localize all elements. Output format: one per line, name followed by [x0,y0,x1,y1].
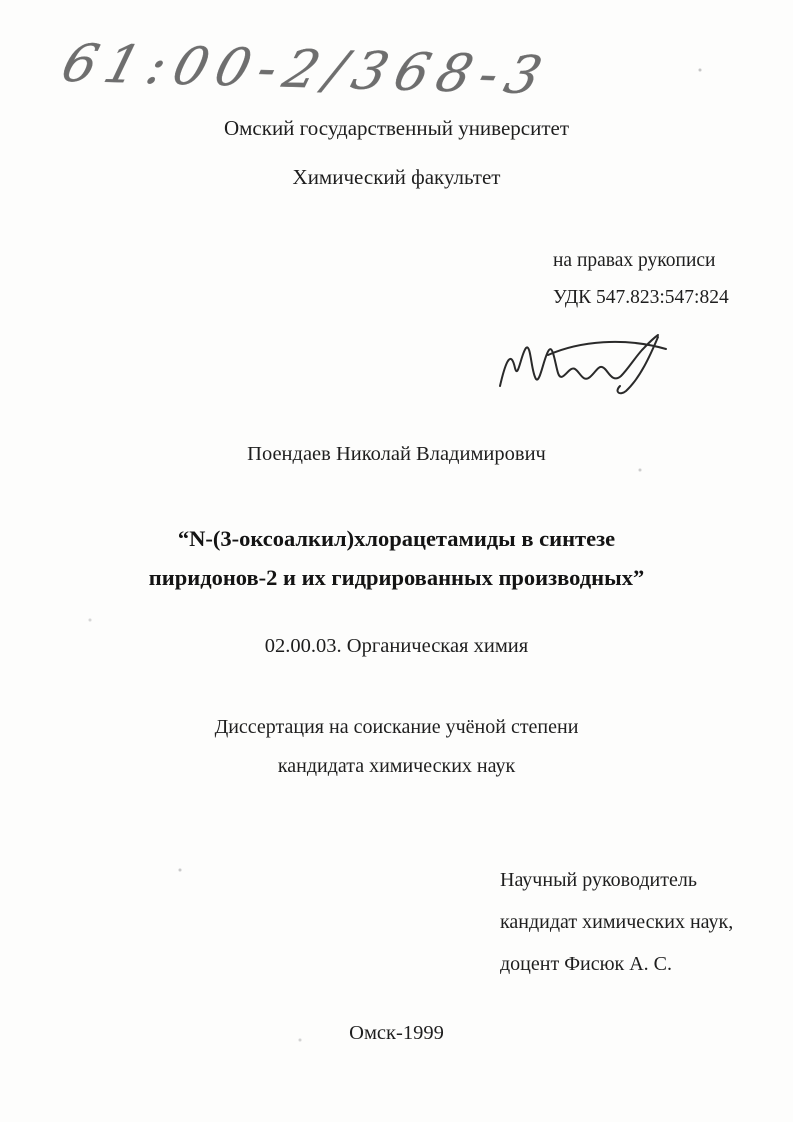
author-name: Поендаев Николай Владимирович [0,442,793,467]
supervisor-degree: кандидат химических наук, [500,910,733,934]
udc-code: УДК 547.823:547:824 [553,286,729,309]
manuscript-rights-note: на правах рукописи [553,249,729,272]
city-year: Омск-1999 [0,1021,793,1046]
specialty-code: 02.00.03. Органическая химия [0,634,793,659]
university-name: Омский государственный университет [0,116,793,141]
supervisor-block: Научный руководитель кандидат химических… [500,868,733,994]
thesis-type-line-2: кандидата химических наук [0,754,793,778]
signature-icon [492,326,672,398]
dissertation-title-page: 61:00-2/368-3 Омский государственный уни… [0,0,793,1122]
faculty-name: Химический факультет [0,165,793,190]
title-line-1: “N-(3-оксоалкил)хлорацетамиды в синтезе [0,519,793,558]
thesis-type-line-1: Диссертация на соискание учёной степени [0,715,793,739]
dissertation-title: “N-(3-оксоалкил)хлорацетамиды в синтезе … [0,519,793,597]
manuscript-rights-block: на правах рукописи УДК 547.823:547:824 [553,249,729,310]
catalog-number-handwritten: 61:00-2/368-3 [55,34,591,107]
supervisor-label: Научный руководитель [500,868,733,892]
title-line-2: пиридонов-2 и их гидрированных производн… [0,558,793,597]
supervisor-name: доцент Фисюк А. С. [500,952,733,976]
